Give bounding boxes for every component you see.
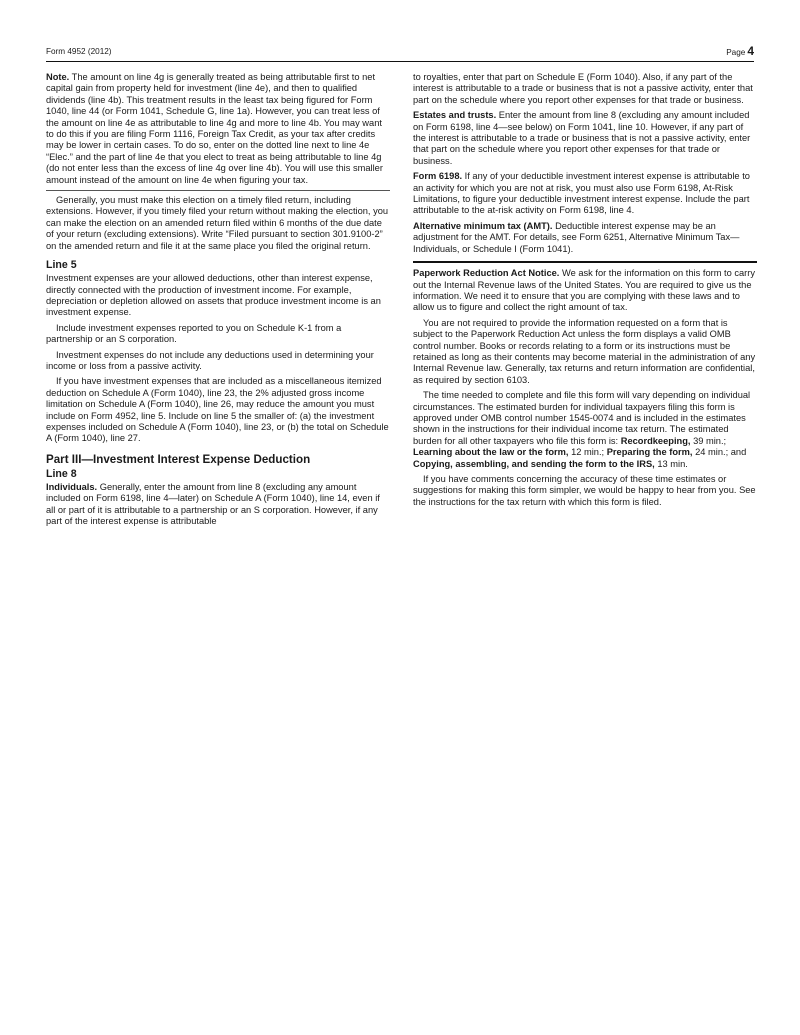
continued-paragraph: to royalties, enter that part on Schedul… — [413, 72, 757, 106]
pra-lead: Paperwork Reduction Act Notice. — [413, 268, 559, 278]
time-burden-paragraph: The time needed to complete and file thi… — [413, 390, 757, 470]
right-column: to royalties, enter that part on Schedul… — [413, 72, 757, 512]
individuals-paragraph: Individuals. Generally, enter the amount… — [46, 482, 390, 528]
line5-paragraph-3: Investment expenses do not include any d… — [46, 350, 390, 373]
line5-heading: Line 5 — [46, 259, 390, 271]
line5-paragraph-4: If you have investment expenses that are… — [46, 376, 390, 444]
part3-heading: Part III—Investment Interest Expense Ded… — [46, 453, 390, 466]
line5-paragraph-1: Investment expenses are your allowed ded… — [46, 273, 390, 319]
note-paragraph: Note. The amount on line 4g is generally… — [46, 72, 390, 186]
pra-paragraph: Paperwork Reduction Act Notice. We ask f… — [413, 268, 757, 314]
section-divider — [413, 261, 757, 263]
line8-heading: Line 8 — [46, 468, 390, 480]
left-column: Note. The amount on line 4g is generally… — [46, 72, 390, 531]
pra-paragraph-2: You are not required to provide the info… — [413, 318, 757, 386]
page-header: Form 4952 (2012) Page4 — [46, 44, 754, 62]
amt-lead: Alternative minimum tax (AMT). — [413, 221, 552, 231]
page-indicator: Page4 — [726, 44, 754, 58]
form-identifier: Form 4952 (2012) — [46, 47, 112, 56]
note-lead: Note. — [46, 72, 69, 82]
page-label: Page — [726, 48, 745, 57]
election-paragraph: Generally, you must make this election o… — [46, 195, 390, 252]
amt-paragraph: Alternative minimum tax (AMT). Deductibl… — [413, 221, 757, 255]
line5-paragraph-2: Include investment expenses reported to … — [46, 323, 390, 346]
form6198-lead: Form 6198. — [413, 171, 462, 181]
page-number: 4 — [747, 44, 754, 58]
divider — [46, 190, 390, 191]
form6198-paragraph: Form 6198. If any of your deductible inv… — [413, 171, 757, 217]
estates-paragraph: Estates and trusts. Enter the amount fro… — [413, 110, 757, 167]
comments-paragraph: If you have comments concerning the accu… — [413, 474, 757, 508]
estates-lead: Estates and trusts. — [413, 110, 496, 120]
individuals-lead: Individuals. — [46, 482, 97, 492]
